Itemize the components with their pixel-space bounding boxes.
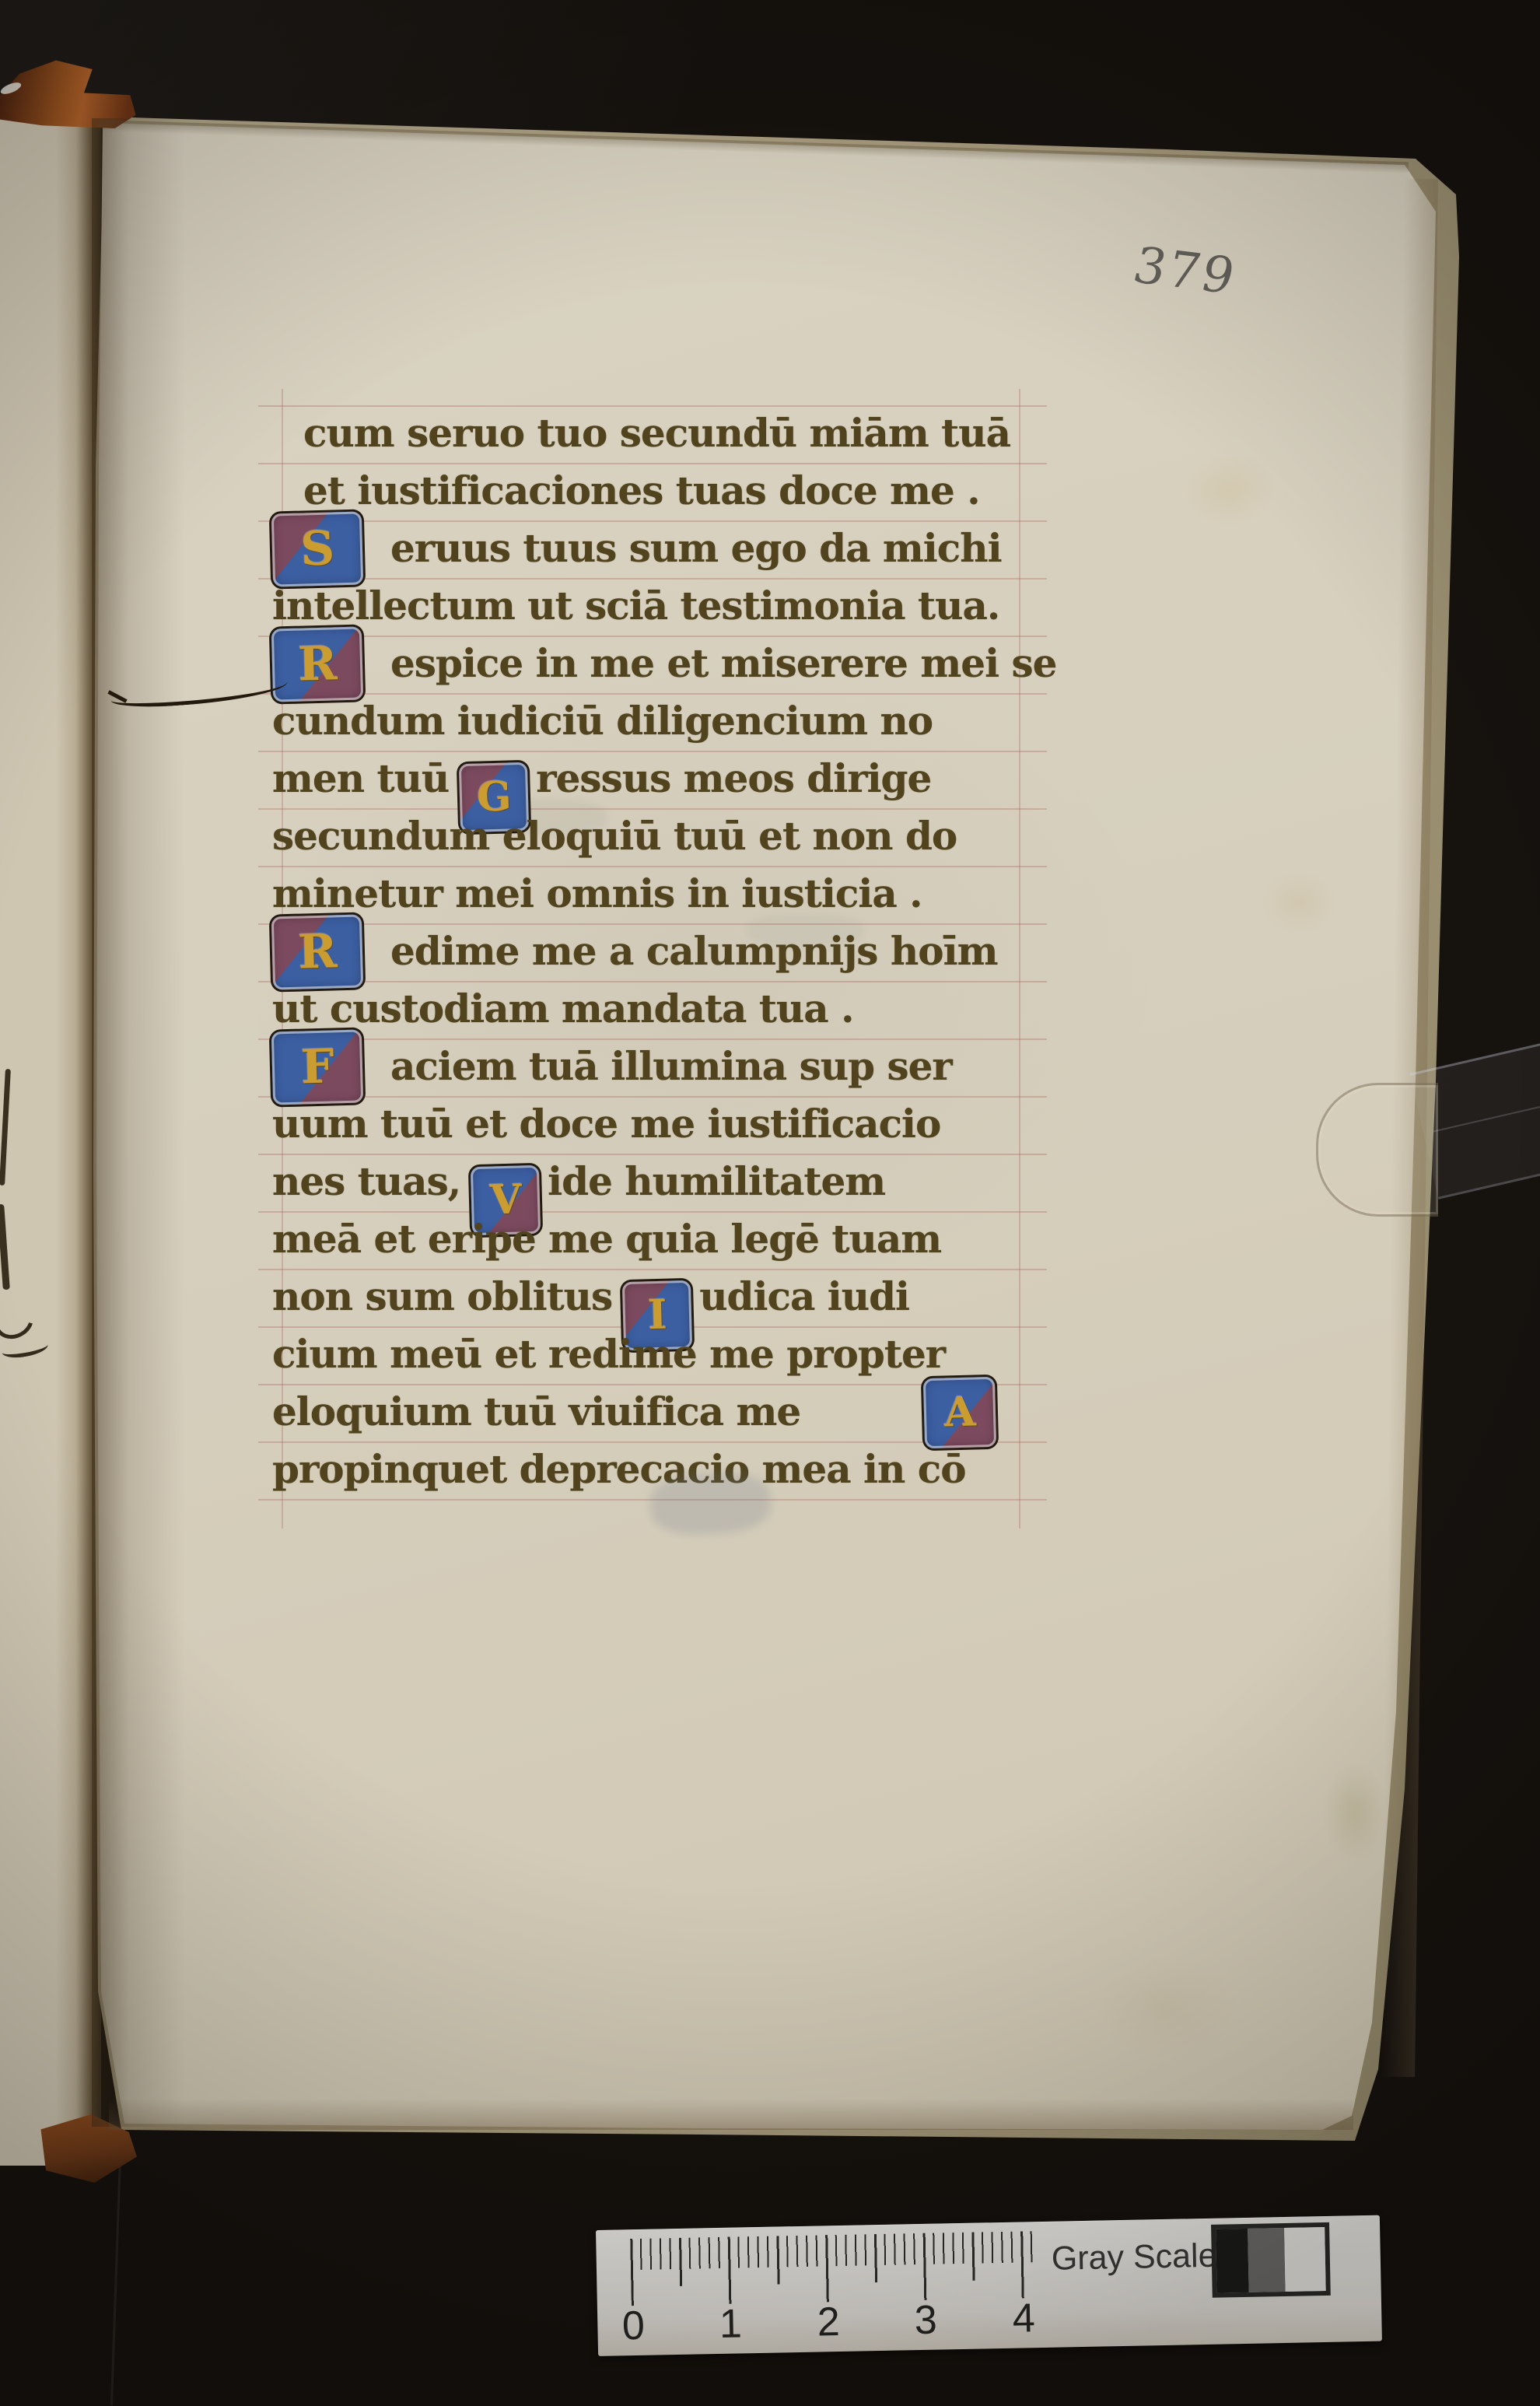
line-text: eruus tuus sum ego da michi [390,525,1002,571]
text-line: cium meū et redime me propter [272,1326,1019,1384]
illuminated-initial-R: R [271,914,363,989]
line-text: et iustificaciones tuas doce me . [303,468,980,513]
text-line: uum tuū et doce me iustificacio [272,1096,1019,1154]
text-line: propinquet deprecacio mea in cō [272,1441,1019,1499]
text-line: non sum oblitusIudica iudi [272,1269,1019,1326]
line-text: men tuū [272,755,449,801]
page-bottom-edge-shadow [109,2099,1353,2130]
text-line: Respice in me et miserere mei se [272,636,1019,693]
gray-scale-patch-black [1216,2229,1248,2293]
line-text: ut custodiam mandata tua . [272,986,854,1031]
text-line: minetur mei omnis in iusticia . [272,866,1019,923]
gutter-shadow [92,118,185,2127]
line-text: non sum oblitus [272,1273,612,1319]
ruler-number-2: 2 [811,2300,846,2345]
text-line: cundum iudiciū diligencium no [272,693,1019,751]
ruler-card: 0 1 2 3 4 Gray Scale [596,2215,1382,2356]
ruler-number-1: 1 [713,2302,748,2346]
line-text: meā et eripe me quia legē tuam [272,1216,941,1262]
gray-scale-label: Gray Scale [1051,2237,1217,2278]
line-text: udica iudi [699,1273,909,1319]
folio-number: 379 [1128,237,1242,306]
facing-page-strip [0,115,101,2166]
facing-page-ink-flourish [1,1336,50,1361]
line-text: aciem tuā illumina sup ser [390,1043,952,1089]
text-line: Faciem tuā illumina sup ser [272,1038,1019,1096]
illuminated-initial-R: R [271,626,363,702]
illuminated-initial-S: S [271,511,363,587]
gray-scale-patches [1211,2222,1331,2298]
gray-scale-patch-white [1284,2227,1325,2292]
text-line: cum seruo tuo secundū miām tuā [272,405,1019,463]
text-line: intellectum ut sciā testimonia tua. [272,578,1019,636]
illuminated-initial-F: F [271,1029,363,1105]
line-text: eloquium tuū viuifica me [272,1389,800,1434]
text-block: cum seruo tuo secundū miām tuā et iustif… [272,405,1019,1499]
ruler-number-3: 3 [908,2298,943,2342]
text-line: et iustificaciones tuas doce me . [272,463,1019,520]
line-text: secundum eloquiū tuū et non do [272,813,957,859]
line-text: minetur mei omnis in iusticia . [272,870,922,916]
text-line: Redime me a calumpnijs hoīm [272,923,1019,981]
line-text: cum seruo tuo secundū miām tuā [303,410,1010,456]
facing-page-ink-mark [0,1204,10,1290]
line-text: intellectum ut sciā testimonia tua. [272,583,999,629]
text-line: Seruus tuus sum ego da michi [272,520,1019,578]
line-text: nes tuas, [272,1158,460,1204]
gray-scale-patch-mid [1248,2228,1286,2292]
text-line: meā et eripe me quia legē tuam [272,1211,1019,1269]
facing-page-ink-mark [0,1069,11,1185]
text-line: men tuūGressus meos dirige [272,751,1019,808]
line-text: ide humilitatem [548,1158,885,1204]
line-text: cundum iudiciū diligencium no [272,698,933,744]
line-text: ressus meos dirige [536,755,931,801]
text-line: secundum eloquiū tuū et non do [272,808,1019,866]
ruler-number-4: 4 [1006,2296,1041,2341]
text-line: ut custodiam mandata tua . [272,981,1019,1038]
text-line: eloquium tuū viuifica meA [272,1384,1019,1441]
text-line: nes tuas,Vide humilitatem [272,1154,1019,1211]
line-text: espice in me et miserere mei se [390,640,1056,686]
ruler-ticks-cm [630,2231,1030,2306]
manuscript-photograph: cum seruo tuo secundū miām tuā et iustif… [0,0,1540,2406]
line-text: cium meū et redime me propter [272,1331,945,1377]
line-text: edime me a calumpnijs hoīm [390,928,997,974]
ruler-number-0: 0 [616,2304,651,2348]
illuminated-initial-A: A [923,1377,996,1448]
line-text: propinquet deprecacio mea in cō [272,1446,966,1492]
line-text: uum tuū et doce me iustificacio [272,1101,940,1147]
